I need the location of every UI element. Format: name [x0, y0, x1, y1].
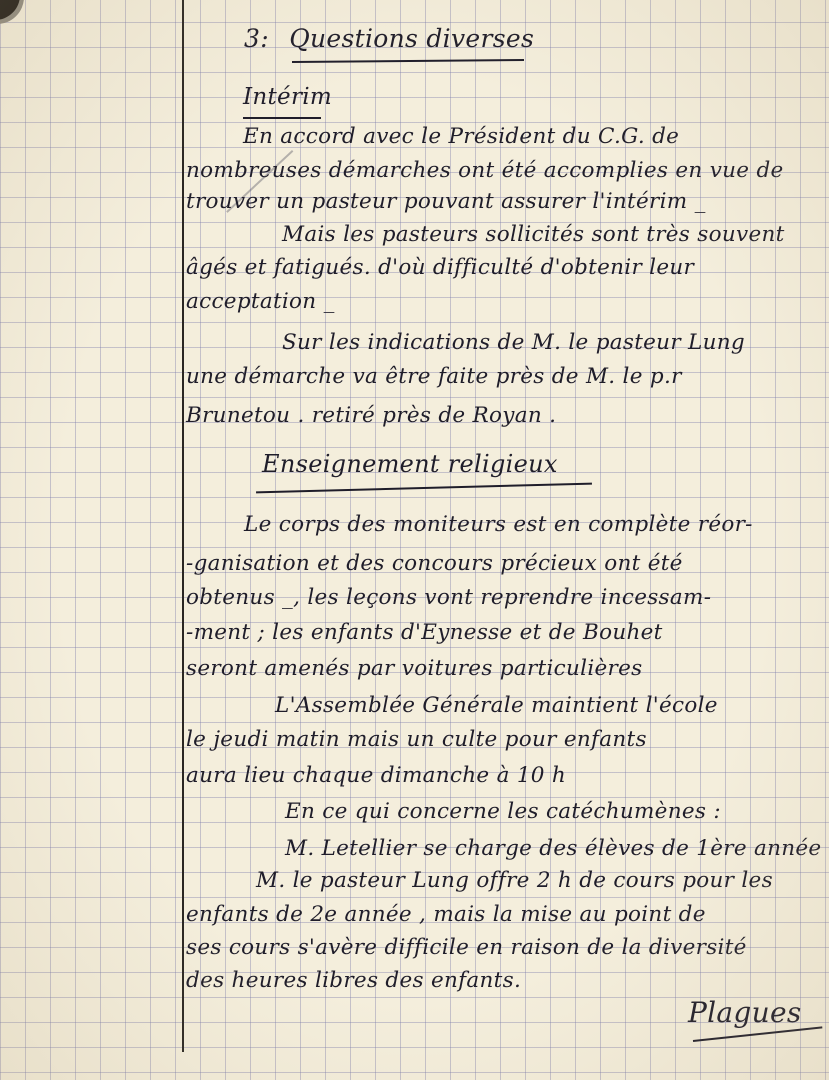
- text-line: L'Assemblée Générale maintient l'école: [275, 693, 718, 718]
- page-corner: [0, 0, 20, 20]
- text-line: En ce qui concerne les catéchumènes :: [285, 799, 721, 824]
- section-number: 3:: [244, 24, 269, 53]
- text-line: ses cours s'avère difficile en raison de…: [186, 935, 747, 960]
- text-line: Sur les indications de M. le pasteur Lun…: [282, 330, 745, 355]
- text-line: trouver un pasteur pouvant assurer l'int…: [186, 189, 706, 214]
- section-title-text: Questions diverses: [289, 24, 534, 53]
- heading-religious-teaching-underline: [256, 483, 592, 494]
- text-line: Brunetou . retiré près de Royan .: [186, 403, 556, 428]
- text-line: des heures libres des enfants.: [186, 968, 521, 993]
- heading-interim: Intérim: [243, 84, 332, 110]
- text-line: obtenus _, les leçons vont reprendre inc…: [186, 585, 711, 610]
- text-line: M. Letellier se charge des élèves de 1èr…: [285, 836, 821, 861]
- text-line: Le corps des moniteurs est en complète r…: [244, 512, 753, 537]
- text-line: -ganisation et des concours précieux ont…: [186, 551, 683, 576]
- text-line: nombreuses démarches ont été accomplies …: [186, 158, 784, 183]
- text-line: une démarche va être faite près de M. le…: [186, 364, 682, 389]
- text-line: aura lieu chaque dimanche à 10 h: [186, 763, 566, 788]
- text-line: M. le pasteur Lung offre 2 h de cours po…: [256, 868, 773, 893]
- text-line: acceptation _: [186, 289, 335, 314]
- section-title: 3: Questions diverses: [244, 24, 534, 53]
- heading-interim-underline: [243, 117, 321, 119]
- text-line: En accord avec le Président du C.G. de: [243, 124, 679, 149]
- signature: Plagues: [688, 996, 802, 1029]
- text-line: âgés et fatigués. d'où difficulté d'obte…: [186, 255, 694, 280]
- text-line: -ment ; les enfants d'Eynesse et de Bouh…: [186, 620, 663, 645]
- heading-religious-teaching: Enseignement religieux: [262, 450, 558, 478]
- text-line: le jeudi matin mais un culte pour enfant…: [186, 727, 647, 752]
- text-line: seront amenés par voitures particulières: [186, 656, 642, 681]
- text-line: Mais les pasteurs sollicités sont très s…: [282, 222, 785, 247]
- margin-rule: [182, 0, 184, 1052]
- notebook-page: 3: Questions diverses Intérim En accord …: [0, 0, 829, 1080]
- section-title-underline: [292, 59, 524, 63]
- text-line: enfants de 2e année , mais la mise au po…: [186, 902, 706, 927]
